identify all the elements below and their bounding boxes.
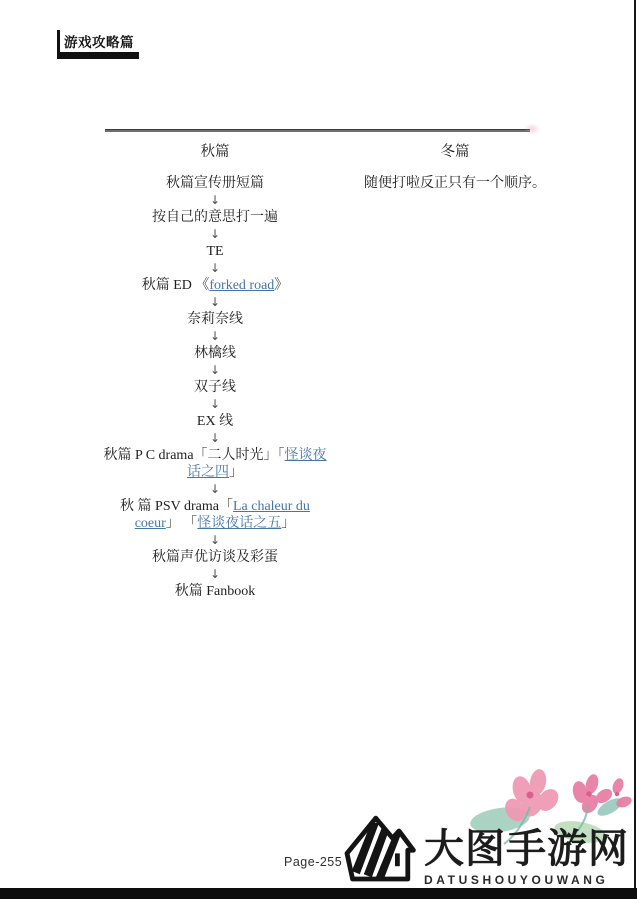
horizontal-rule	[105, 129, 530, 132]
down-arrow-icon: ↓	[100, 362, 330, 379]
winter-column-title: 冬篇	[343, 140, 567, 161]
flow-step: TE	[100, 243, 330, 260]
flow-step: EX 线	[100, 413, 330, 430]
flow-text: 秋篇 P C drama「二人时光」「	[103, 448, 284, 463]
flow-text: 》	[274, 278, 288, 293]
down-arrow-icon: ↓	[100, 260, 330, 277]
page-bottom-bar	[0, 888, 637, 899]
flow-text: 秋篇宣传册短篇	[166, 176, 264, 191]
section-header-label: 游戏攻略篇	[60, 30, 139, 59]
watermark-site-name-latin: DATUSHOUYOUWANG	[424, 873, 629, 887]
down-arrow-icon: ↓	[100, 430, 330, 447]
flow-text: 」	[281, 516, 295, 531]
down-arrow-icon: ↓	[100, 396, 330, 413]
flow-step: 秋篇宣传册短篇	[100, 175, 330, 192]
down-arrow-icon: ↓	[100, 294, 330, 311]
flow-step: 秋篇声优访谈及彩蛋	[100, 549, 330, 566]
down-arrow-icon: ↓	[100, 328, 330, 345]
down-arrow-icon: ↓	[100, 481, 330, 498]
flow-step: 奈莉奈线	[100, 311, 330, 328]
flow-step: 林檎线	[100, 345, 330, 362]
page-number: Page-255	[284, 855, 342, 869]
down-arrow-icon: ↓	[100, 532, 330, 549]
down-arrow-icon: ↓	[100, 226, 330, 243]
flow-text: 」	[229, 465, 243, 480]
flow-text: 林檎线	[194, 346, 236, 361]
flow-link[interactable]: 怪谈夜话之五	[197, 516, 281, 531]
flow-step: 秋 篇 PSV drama「La chaleur du coeur」 「怪谈夜话…	[100, 498, 330, 532]
flow-text: 秋篇 ED 《	[142, 278, 210, 293]
flow-text: 秋篇 Fanbook	[175, 584, 256, 599]
section-header: 游戏攻略篇	[57, 30, 139, 59]
flow-step: 秋篇 ED 《forked road》	[100, 277, 330, 294]
site-watermark: 大图手游网 DATUSHOUYOUWANG	[339, 804, 629, 888]
flow-step: 秋篇 Fanbook	[100, 583, 330, 600]
house-logo-icon	[339, 806, 419, 888]
flow-step: 按自己的意思打一遍	[100, 209, 330, 226]
watermark-text: 大图手游网 DATUSHOUYOUWANG	[424, 828, 629, 888]
autumn-column-title: 秋篇	[103, 140, 327, 161]
flow-text: 」 「	[166, 516, 198, 531]
watermark-site-name: 大图手游网	[424, 828, 629, 870]
pink-smudge-decoration	[524, 123, 540, 135]
flow-text: EX 线	[197, 414, 233, 429]
page-right-border	[634, 0, 636, 899]
flow-step: 秋篇 P C drama「二人时光」「怪谈夜话之四」	[100, 447, 330, 481]
down-arrow-icon: ↓	[100, 566, 330, 583]
document-page: 游戏攻略篇 秋篇 冬篇 秋篇宣传册短篇↓按自己的意思打一遍↓TE↓秋篇 ED 《…	[0, 0, 637, 899]
flow-text: 秋篇声优访谈及彩蛋	[152, 550, 278, 565]
flow-step: 双子线	[100, 379, 330, 396]
flow-text: 秋 篇 PSV drama「	[120, 499, 233, 514]
winter-note: 随便打啦反正只有一个顺序。	[343, 175, 567, 192]
autumn-flowchart: 秋篇宣传册短篇↓按自己的意思打一遍↓TE↓秋篇 ED 《forked road》…	[100, 175, 330, 600]
flow-text: 按自己的意思打一遍	[152, 210, 278, 225]
flow-text: 奈莉奈线	[187, 312, 243, 327]
flow-text: TE	[206, 244, 223, 259]
flow-link[interactable]: forked road	[209, 278, 274, 293]
flow-text: 双子线	[194, 380, 236, 395]
down-arrow-icon: ↓	[100, 192, 330, 209]
